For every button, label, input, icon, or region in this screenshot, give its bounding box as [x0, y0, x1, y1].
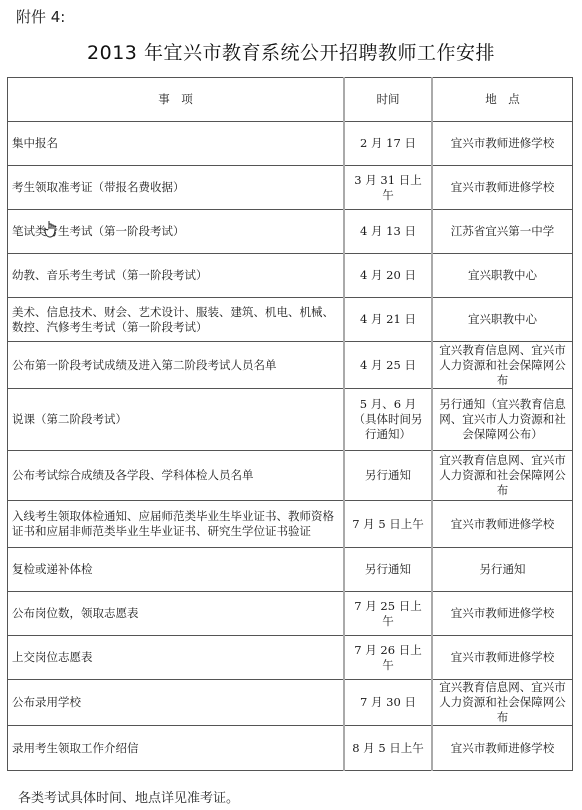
footnote: 各类考试具体时间、地点详见准考证。: [18, 787, 239, 806]
row-time: 另行通知: [344, 451, 432, 501]
table-row: 美术、信息技术、财会、艺术设计、服装、建筑、机电、机械、数控、汽修考生考试（第一…: [8, 298, 573, 342]
row-place: 宜兴市教师进修学校: [432, 592, 573, 636]
header-item: 事 项: [8, 78, 345, 122]
row-time: 4 月 25 日: [344, 342, 432, 389]
table-row: 录用考生领取工作介绍信8 月 5 日上午宜兴市教师进修学校: [8, 726, 573, 771]
row-item: 集中报名: [8, 122, 345, 166]
header-place: 地 点: [432, 78, 573, 122]
row-time: 7 月 25 日上午: [344, 592, 432, 636]
row-place: 宜兴教育信息网、宜兴市人力资源和社会保障网公布: [432, 680, 573, 726]
row-time: 另行通知: [344, 548, 432, 592]
row-place: 宜兴教育信息网、宜兴市人力资源和社会保障网公布: [432, 451, 573, 501]
table-header-row: 事 项 时间 地 点: [8, 78, 573, 122]
document-title: 2013 年宜兴市教育系统公开招聘教师工作安排: [0, 38, 582, 65]
row-place: 另行通知: [432, 548, 573, 592]
row-item: 笔试类考生考试（第一阶段考试）: [8, 210, 345, 254]
table-row: 入线考生领取体检通知、应届师范类毕业生毕业证书、教师资格证书和应届非师范类毕业生…: [8, 501, 573, 548]
row-place: 宜兴市教师进修学校: [432, 122, 573, 166]
row-item: 公布岗位数，领取志愿表: [8, 592, 345, 636]
row-place: 宜兴职教中心: [432, 298, 573, 342]
row-item: 录用考生领取工作介绍信: [8, 726, 345, 771]
row-item: 幼教、音乐考生考试（第一阶段考试）: [8, 254, 345, 298]
row-place: 江苏省宜兴第一中学: [432, 210, 573, 254]
table-row: 公布录用学校7 月 30 日宜兴教育信息网、宜兴市人力资源和社会保障网公布: [8, 680, 573, 726]
row-time: 5 月、6 月（具体时间另行通知）: [344, 389, 432, 451]
row-place: 宜兴市教师进修学校: [432, 166, 573, 210]
row-time: 7 月 5 日上午: [344, 501, 432, 548]
table-row: 笔试类考生考试（第一阶段考试）4 月 13 日江苏省宜兴第一中学: [8, 210, 573, 254]
table-row: 上交岗位志愿表7 月 26 日上午宜兴市教师进修学校: [8, 636, 573, 680]
table-row: 复检或递补体检另行通知另行通知: [8, 548, 573, 592]
row-time: 3 月 31 日上午: [344, 166, 432, 210]
row-item: 说课（第二阶段考试）: [8, 389, 345, 451]
row-item: 入线考生领取体检通知、应届师范类毕业生毕业证书、教师资格证书和应届非师范类毕业生…: [8, 501, 345, 548]
row-time: 2 月 17 日: [344, 122, 432, 166]
row-place: 宜兴教育信息网、宜兴市人力资源和社会保障网公布: [432, 342, 573, 389]
row-time: 4 月 13 日: [344, 210, 432, 254]
row-item: 复检或递补体检: [8, 548, 345, 592]
row-item: 公布第一阶段考试成绩及进入第二阶段考试人员名单: [8, 342, 345, 389]
row-time: 7 月 30 日: [344, 680, 432, 726]
row-place: 宜兴市教师进修学校: [432, 726, 573, 771]
row-place: 宜兴市教师进修学校: [432, 636, 573, 680]
table-row: 说课（第二阶段考试）5 月、6 月（具体时间另行通知）另行通知（宜兴教育信息网、…: [8, 389, 573, 451]
row-item: 公布录用学校: [8, 680, 345, 726]
row-time: 7 月 26 日上午: [344, 636, 432, 680]
row-time: 8 月 5 日上午: [344, 726, 432, 771]
row-item: 美术、信息技术、财会、艺术设计、服装、建筑、机电、机械、数控、汽修考生考试（第一…: [8, 298, 345, 342]
schedule-table: 事 项 时间 地 点 集中报名2 月 17 日宜兴市教师进修学校考生领取准考证（…: [7, 77, 573, 771]
table-row: 集中报名2 月 17 日宜兴市教师进修学校: [8, 122, 573, 166]
row-item: 考生领取准考证（带报名费收据）: [8, 166, 345, 210]
table-row: 考生领取准考证（带报名费收据）3 月 31 日上午宜兴市教师进修学校: [8, 166, 573, 210]
table-row: 公布第一阶段考试成绩及进入第二阶段考试人员名单4 月 25 日宜兴教育信息网、宜…: [8, 342, 573, 389]
row-time: 4 月 20 日: [344, 254, 432, 298]
header-time: 时间: [344, 78, 432, 122]
table-row: 幼教、音乐考生考试（第一阶段考试）4 月 20 日宜兴职教中心: [8, 254, 573, 298]
table-row: 公布考试综合成绩及各学段、学科体检人员名单另行通知宜兴教育信息网、宜兴市人力资源…: [8, 451, 573, 501]
table-row: 公布岗位数，领取志愿表7 月 25 日上午宜兴市教师进修学校: [8, 592, 573, 636]
row-place: 宜兴市教师进修学校: [432, 501, 573, 548]
row-item: 上交岗位志愿表: [8, 636, 345, 680]
row-item: 公布考试综合成绩及各学段、学科体检人员名单: [8, 451, 345, 501]
row-place: 宜兴职教中心: [432, 254, 573, 298]
row-time: 4 月 21 日: [344, 298, 432, 342]
attachment-label: 附件 4:: [16, 6, 65, 27]
row-place: 另行通知（宜兴教育信息网、宜兴市人力资源和社会保障网公布）: [432, 389, 573, 451]
